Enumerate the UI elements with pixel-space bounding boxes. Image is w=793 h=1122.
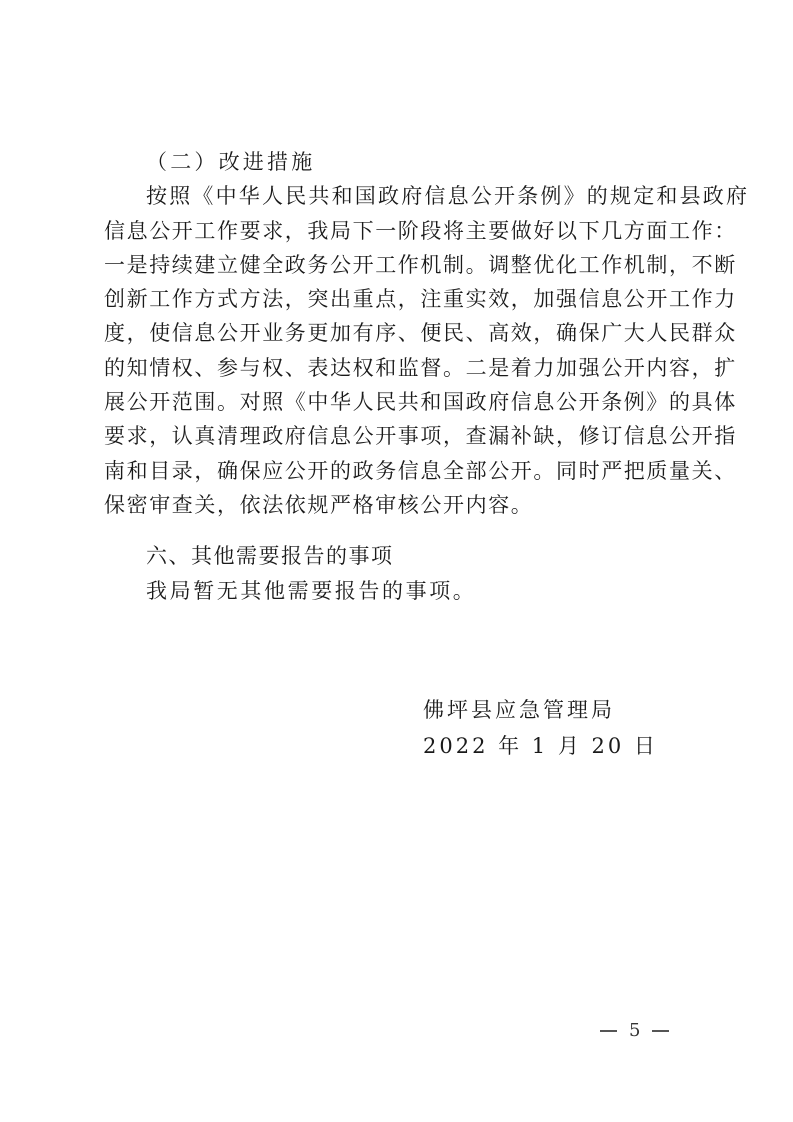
paragraph-line: 的知情权、参与权、表达权和监督。二是着力加强公开内容，扩 [104,352,704,384]
dash-right [652,1030,669,1032]
paragraph-line: 南和目录，确保应公开的政务信息全部公开。同时严把质量关、 [104,455,704,487]
paragraph-line: 要求，认真清理政府信息公开事项，查漏补缺，修订信息公开指 [104,420,704,452]
paragraph-line: 一是持续建立健全政务公开工作机制。调整优化工作机制，不断 [104,249,704,281]
paragraph-line: 保密审查关，依法依规严格审核公开内容。 [104,489,704,521]
paragraph-line: 按照《中华人民共和国政府信息公开条例》的规定和县政府 [146,180,746,212]
paragraph-line: 创新工作方式方法，突出重点，注重实效，加强信息公开工作力 [104,283,704,315]
page-number-footer: 5 [600,1020,669,1041]
signature-organization: 佛坪县应急管理局 [423,694,615,726]
paragraph-line: 信息公开工作要求，我局下一阶段将主要做好以下几方面工作： [104,215,704,247]
section-body: 我局暂无其他需要报告的事项。 [146,575,746,607]
page-number: 5 [629,1020,640,1041]
document-page: （二）改进措施 按照《中华人民共和国政府信息公开条例》的规定和县政府 信息公开工… [0,0,793,1122]
subsection-title: （二）改进措施 [146,146,746,178]
dash-left [600,1030,617,1032]
signature-date: 2022 年 1 月 20 日 [423,730,658,762]
section-heading: 六、其他需要报告的事项 [146,540,746,572]
paragraph-line: 度，使信息公开业务更加有序、便民、高效，确保广大人民群众 [104,317,704,349]
paragraph-line: 展公开范围。对照《中华人民共和国政府信息公开条例》的具体 [104,386,704,418]
